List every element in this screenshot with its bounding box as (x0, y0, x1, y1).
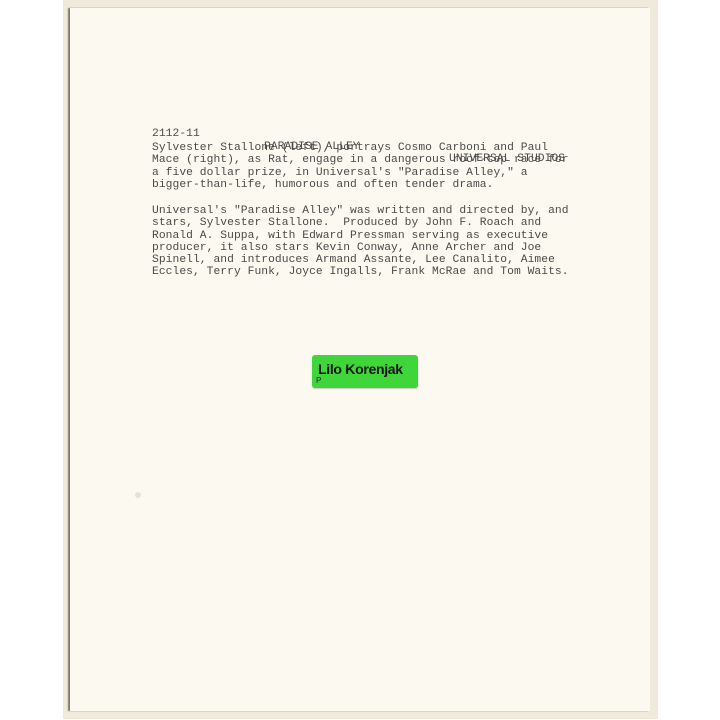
paper-speck (135, 492, 141, 498)
name-sticker: Lilo Korenjak P (312, 355, 418, 388)
credits-paragraph: Universal's "Paradise Alley" was written… (152, 205, 569, 279)
sticker-mark: P (316, 376, 321, 385)
release-code: 2112-11 (152, 128, 200, 140)
caption-paragraph: Sylvester Stallone (left), portrays Cosm… (152, 142, 569, 191)
sticker-name: Lilo Korenjak (318, 361, 403, 377)
